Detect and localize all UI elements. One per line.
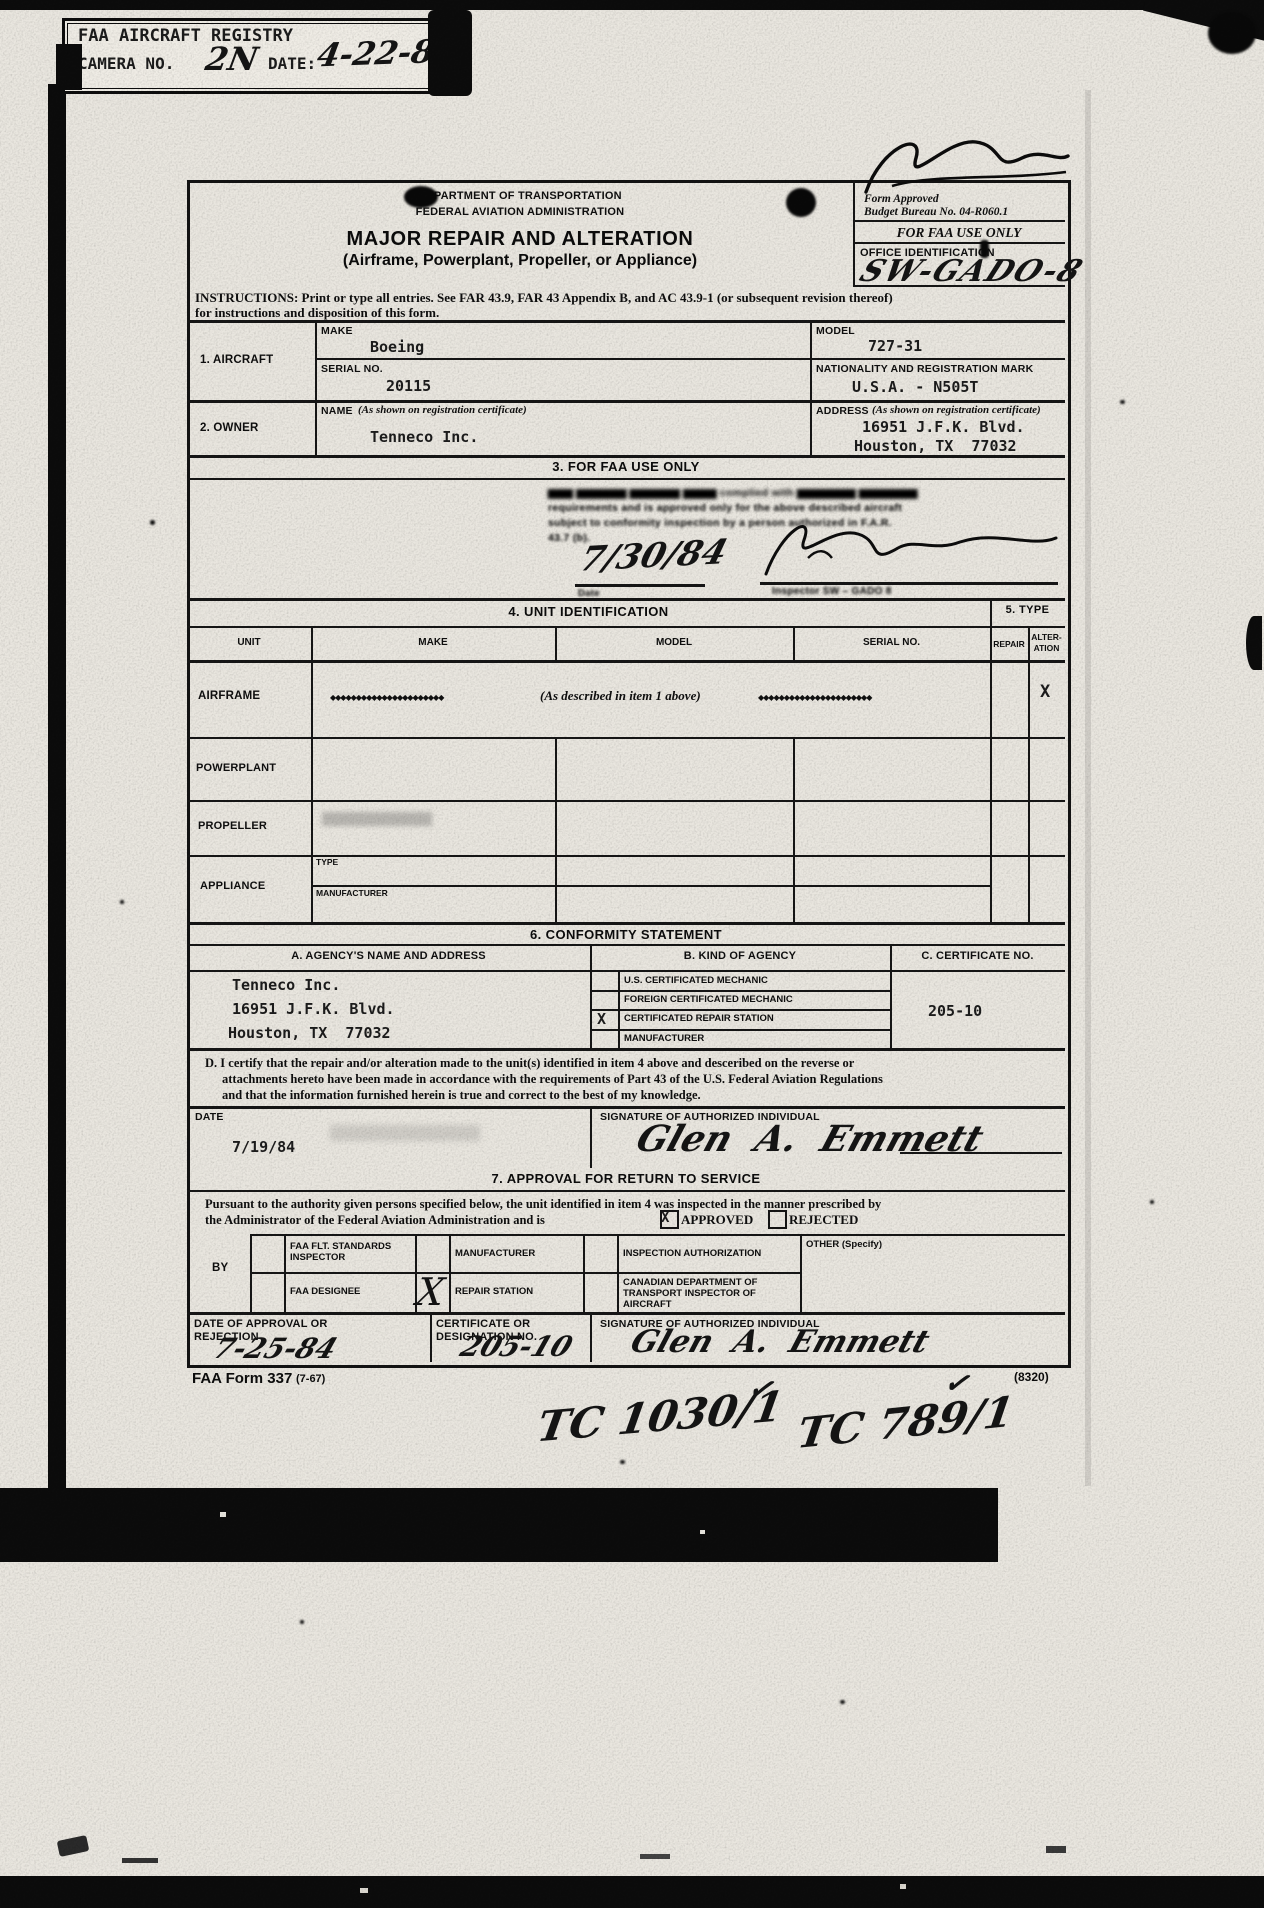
by-manufacturer: MANUFACTURER (455, 1249, 580, 1260)
repair-station-x-mark: X (597, 1010, 606, 1028)
grid-line (890, 944, 892, 1048)
aircraft-row-label: 1. AIRCRAFT (200, 354, 273, 367)
by-canadian-dept: CANADIAN DEPARTMENT OF TRANSPORT INSPECT… (623, 1278, 791, 1311)
form-edition: (7-67) (296, 1373, 325, 1385)
grid-line (311, 626, 313, 922)
kind-us-mechanic: U.S. CERTIFICATED MECHANIC (624, 976, 768, 987)
owner-address-label: ADDRESS (816, 405, 869, 417)
date-label: DATE (195, 1111, 224, 1123)
approved-x-mark: X (661, 1210, 669, 1226)
form-subtitle: (Airframe, Powerplant, Propeller, or App… (187, 252, 853, 270)
form-code: (8320) (1014, 1370, 1049, 1384)
by-faa-designee: FAA DESIGNEE (290, 1287, 360, 1298)
faa-stamp-line4: 43.7 (b). (548, 532, 590, 544)
scan-top-right-blob (1208, 12, 1256, 54)
for-faa-use-only: FOR FAA USE ONLY (853, 225, 1065, 242)
kind-manufacturer: MANUFACTURER (624, 1034, 704, 1045)
grid-line (800, 1234, 802, 1312)
registry-date-label: DATE: (268, 54, 316, 73)
speck (840, 1700, 845, 1704)
model-label: MODEL (816, 325, 855, 337)
grid-line (590, 1106, 592, 1168)
form-number: FAA Form 337 (192, 1370, 292, 1387)
handwritten-check2: ✓ (942, 1364, 972, 1402)
grid-line (187, 1312, 1065, 1315)
agency-address-line1: 16951 J.F.K. Blvd. (232, 1000, 395, 1018)
owner-name-label: NAME (321, 405, 353, 417)
unit-row-airframe: AIRFRAME (198, 690, 260, 703)
scan-blob-right-of-stamp (428, 10, 472, 96)
scan-band-speck (360, 1888, 368, 1893)
grid-line (555, 737, 557, 922)
scan-bottom-band (0, 1488, 998, 1562)
by-inspection-authorization: INSPECTION AUTHORIZATION (623, 1249, 795, 1260)
aircraft-model-value: 727-31 (868, 337, 922, 355)
certificate-label-line1: CERTIFICATE OR (436, 1318, 530, 1331)
grid-line (590, 1009, 890, 1011)
grid-line (250, 1234, 1065, 1236)
owner-name-value: Tenneco Inc. (370, 428, 478, 446)
ink-blot (786, 188, 816, 217)
owner-address-note: (As shown on registration certificate) (872, 404, 1041, 418)
col-make: MAKE (311, 637, 555, 649)
scan-top-band (0, 0, 1264, 10)
scan-band-speck (700, 1530, 705, 1534)
speck (620, 1460, 625, 1464)
certification-line3: and that the information furnished herei… (222, 1087, 1055, 1103)
grid-line (187, 598, 1065, 601)
grid-line (430, 1312, 432, 1362)
grid-line (590, 1029, 890, 1031)
grid-line (250, 1272, 800, 1274)
scan-right-crescent (1246, 616, 1262, 670)
col-agency-name: A. AGENCY'S NAME AND ADDRESS (187, 950, 590, 963)
unit-row-powerplant: POWERPLANT (196, 762, 276, 775)
scan-band-speck (220, 1512, 226, 1517)
grid-line (311, 885, 990, 887)
grid-line (187, 626, 1065, 628)
scan-bottom-edge-band (0, 1876, 1264, 1908)
pursuant-line2: the Administrator of the Federal Aviatio… (205, 1212, 545, 1228)
inspector-label: Inspector SW – GADO 8 (772, 586, 892, 597)
section4-bar: 4. UNIT IDENTIFICATION (187, 604, 990, 619)
col-alteration-line1: ALTER- (1028, 633, 1065, 643)
owner-row-label: 2. OWNER (200, 422, 258, 435)
unit-row-propeller: PROPELLER (198, 820, 267, 833)
certificate-no-value: 205-10 (928, 1002, 982, 1020)
grid-line (590, 944, 592, 1048)
grid-line (187, 737, 1065, 739)
registry-camera-label: CAMERA NO. (78, 54, 174, 73)
grid-line (853, 220, 1065, 222)
scan-mark (640, 1854, 670, 1859)
grid-line (187, 1190, 1065, 1192)
speck (300, 1620, 304, 1624)
airframe-note: (As described in item 1 above) (540, 688, 701, 704)
col-kind-of-agency: B. KIND OF AGENCY (590, 950, 890, 963)
speck (980, 240, 989, 258)
grid-line (853, 285, 1065, 287)
propeller-ghost-smudge (322, 812, 432, 826)
appliance-type-label: TYPE (316, 858, 338, 868)
speck (120, 900, 124, 904)
grid-line (315, 358, 1065, 360)
make-label: MAKE (321, 325, 353, 337)
registration-label: NATIONALITY AND REGISTRATION MARK (816, 363, 1033, 375)
certification-line2: attachments hereto have been made in acc… (222, 1071, 1055, 1087)
grid-line (853, 242, 1065, 244)
date-value: 7/19/84 (232, 1138, 295, 1156)
section3-bar: 3. FOR FAA USE ONLY (187, 459, 1065, 474)
rejected-label: REJECTED (789, 1212, 858, 1229)
col-certificate-no: C. CERTIFICATE NO. (890, 950, 1065, 963)
grid-line (187, 455, 1065, 458)
rejected-checkbox (768, 1210, 787, 1229)
office-identification-value: SW-GADO-8 (854, 254, 1089, 289)
by-faa-flt-standards-inspector: FAA FLT. STANDARDS INSPECTOR (290, 1242, 410, 1264)
grid-line (187, 400, 1065, 403)
approved-label: APPROVED (681, 1212, 753, 1229)
grid-line (793, 737, 795, 922)
by-other-specify: OTHER (Specify) (806, 1240, 882, 1251)
section5-bar: 5. TYPE (990, 604, 1065, 616)
grid-line (187, 800, 1065, 802)
inspector-signature (748, 508, 1064, 584)
registry-camera-value: 2N (203, 40, 261, 78)
form-title: MAJOR REPAIR AND ALTERATION (187, 228, 853, 251)
grid-line (187, 944, 1065, 946)
section6-bar: 6. CONFORMITY STATEMENT (187, 927, 1065, 942)
speck (1120, 400, 1125, 404)
faa-stamp-line1: ▆▆▆ ▆▆▆▆▆▆ ▆▆▆▆▆▆ ▆▆▆▆ complied with ▆▆▆… (548, 487, 918, 499)
grid-line (810, 320, 812, 455)
agency-line: FEDERAL AVIATION ADMINISTRATION (187, 206, 853, 219)
grid-line (187, 970, 1065, 972)
signature-line (575, 584, 705, 587)
by-label: BY (212, 1262, 228, 1275)
scan-mark (122, 1858, 158, 1863)
airframe-alteration-x-mark: X (1040, 682, 1050, 702)
dept-line: DEPARTMENT OF TRANSPORTATION (187, 190, 853, 203)
col-alteration-line2: ATION (1028, 644, 1065, 654)
grid-line (590, 1312, 592, 1362)
kind-repair-station: CERTIFICATED REPAIR STATION (624, 1014, 774, 1025)
corner-scribble-signature (852, 128, 1072, 200)
col-serial: SERIAL NO. (793, 637, 990, 649)
scan-mark (57, 1835, 90, 1857)
grid-line (315, 320, 317, 455)
scan-mark (1046, 1846, 1066, 1853)
grid-line (590, 990, 890, 992)
date-cell-ghost (330, 1125, 480, 1141)
ink-blot (404, 186, 438, 208)
approval-date-label-line1: DATE OF APPROVAL OR (194, 1318, 328, 1331)
appliance-manufacturer-label: MANUFACTURER (316, 889, 388, 899)
aircraft-serial-value: 20115 (386, 377, 431, 395)
section7-bar: 7. APPROVAL FOR RETURN TO SERVICE (187, 1171, 1065, 1186)
owner-name-note: (As shown on registration certificate) (358, 404, 527, 418)
serial-label: SERIAL NO. (321, 363, 383, 375)
paper-edge-shadow (1085, 90, 1091, 1486)
owner-address-line1: 16951 J.F.K. Blvd. (862, 418, 1025, 436)
certification-line1: D. I certify that the repair and/or alte… (205, 1055, 1055, 1071)
handwritten-check1: ✓ (746, 1370, 776, 1408)
faa-stamp-date-value: 7/30/84 (575, 532, 731, 579)
grid-line (187, 1048, 1065, 1051)
aircraft-registration-value: U.S.A. - N505T (852, 378, 978, 396)
grid-line (187, 1106, 1065, 1109)
scan-blob-left-of-stamp (56, 44, 82, 90)
pursuant-line1: Pursuant to the authority given persons … (205, 1196, 1057, 1212)
scan-band-speck (900, 1884, 906, 1889)
signature-line (760, 582, 1058, 585)
airframe-fill-right: ◆◆◆◆◆◆◆◆◆◆◆◆◆◆◆◆◆◆◆◆◆◆ (758, 693, 871, 702)
grid-line (187, 660, 1065, 663)
grid-line (1028, 626, 1030, 922)
speck (1150, 1200, 1154, 1204)
approval-date-value: 7-25-84 (209, 1332, 342, 1365)
unit-row-appliance: APPLIANCE (200, 880, 265, 893)
certificate-value: 205-10 (456, 1330, 577, 1363)
grid-line (187, 922, 1065, 925)
agency-address-line2: Houston, TX 77032 (228, 1024, 391, 1042)
signature-tail-line (900, 1152, 1062, 1154)
airframe-fill-left: ◆◆◆◆◆◆◆◆◆◆◆◆◆◆◆◆◆◆◆◆◆◆ (330, 693, 443, 702)
approval-signature: Glen A. Emmett (626, 1324, 934, 1360)
agency-name-value: Tenneco Inc. (232, 976, 340, 994)
grid-line (187, 478, 1065, 480)
aircraft-make-value: Boeing (370, 338, 424, 356)
col-repair: REPAIR (990, 640, 1028, 650)
form-approved-line2: Budget Bureau No. 04-R060.1 (864, 205, 1008, 219)
kind-foreign-mechanic: FOREIGN CERTIFICATED MECHANIC (624, 995, 793, 1006)
by-repair-station: REPAIR STATION (455, 1287, 533, 1298)
col-model: MODEL (555, 637, 793, 649)
grid-line (187, 320, 1065, 323)
scanned-document: FAA AIRCRAFT REGISTRY CAMERA NO. 2N DATE… (0, 0, 1264, 1908)
speck (150, 520, 155, 525)
scan-left-strip (48, 84, 66, 1498)
col-unit: UNIT (187, 637, 311, 649)
owner-address-line2: Houston, TX 77032 (854, 437, 1017, 455)
handwritten-note-tc789: TC 789/1 (794, 1387, 1017, 1458)
